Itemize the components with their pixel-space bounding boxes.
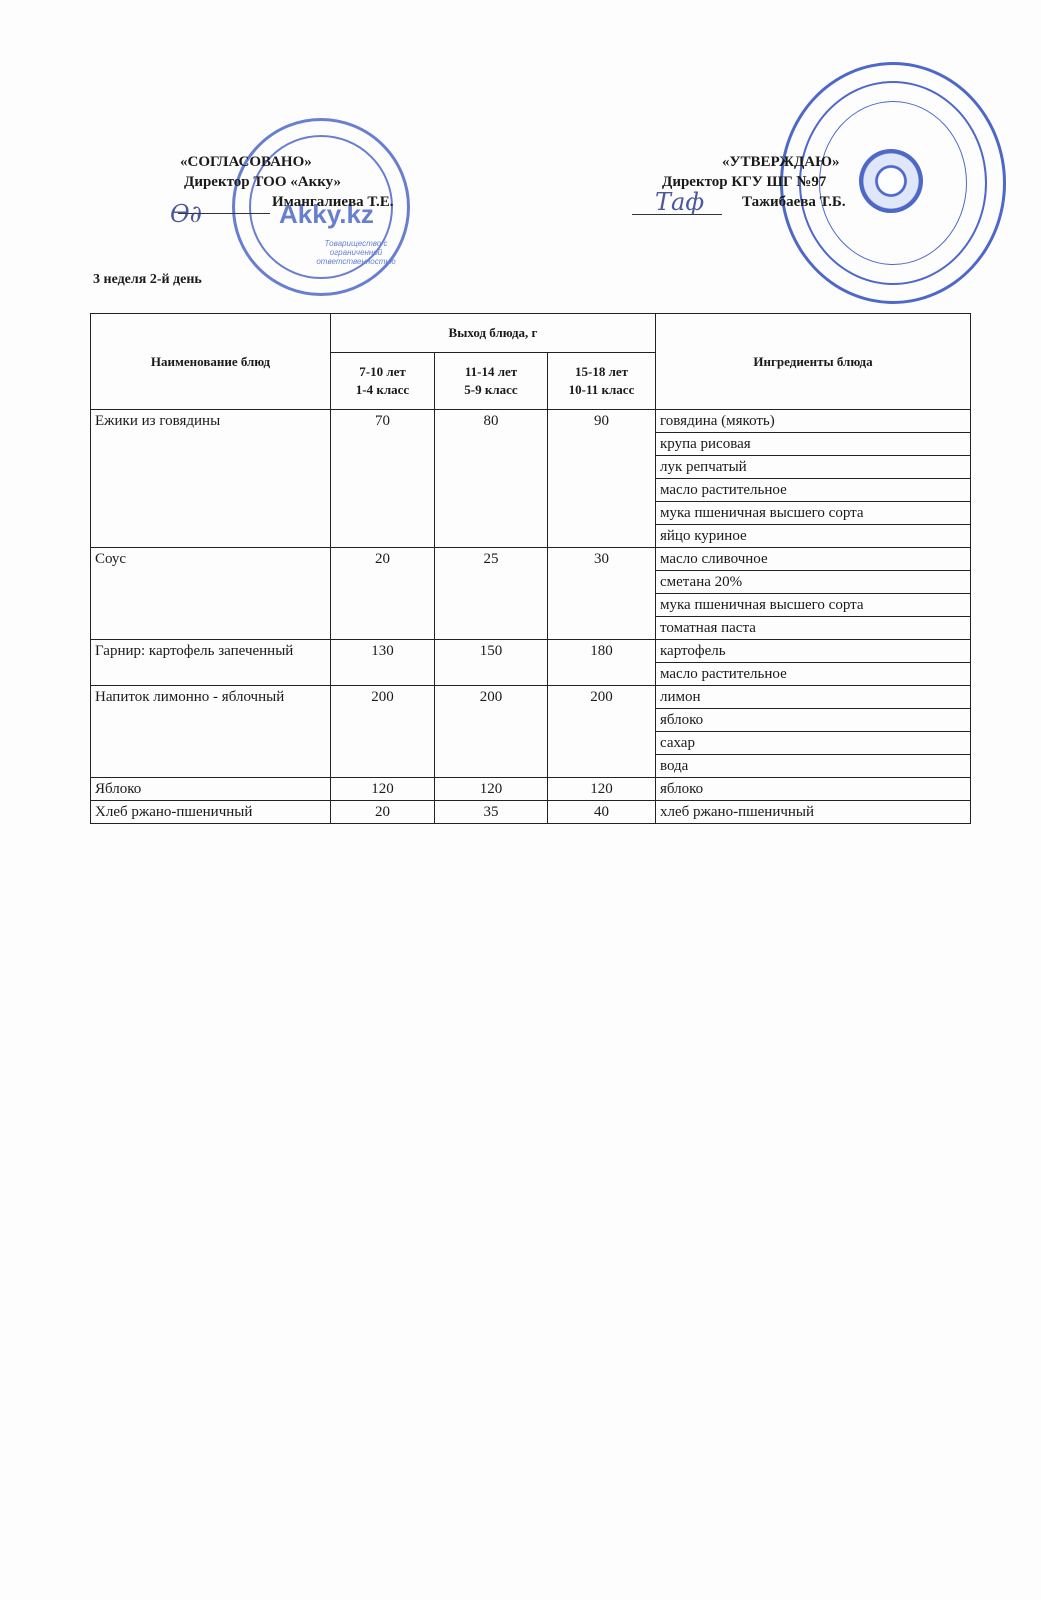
dish-yield: 150 <box>435 640 548 686</box>
dish-yield: 200 <box>331 686 435 778</box>
table-row: Ежики из говядины708090говядина (мякоть) <box>91 410 971 433</box>
dish-yield: 80 <box>435 410 548 548</box>
ingredient: масло растительное <box>656 479 971 502</box>
menu-table: Наименование блюд Выход блюда, г Ингреди… <box>90 313 971 824</box>
approved-signature: Таф <box>655 188 704 216</box>
dish-yield: 70 <box>331 410 435 548</box>
ingredient: сметана 20% <box>656 571 971 594</box>
ingredient: мука пшеничная высшего сорта <box>656 502 971 525</box>
agreed-signature: Ѳ∂ <box>170 200 202 228</box>
header-dish-name: Наименование блюд <box>91 314 331 410</box>
stamp-sub-text: Товарищество с ограниченной ответственно… <box>305 239 407 266</box>
dish-yield: 40 <box>548 801 656 824</box>
header-age-group: 15-18 лет10-11 класс <box>548 353 656 410</box>
ingredient: яйцо куриное <box>656 525 971 548</box>
table-row: Соус202530масло сливочное <box>91 548 971 571</box>
ingredient: масло сливочное <box>656 548 971 571</box>
ingredient: сахар <box>656 732 971 755</box>
agreed-block: «СОГЛАСОВАНО» Директор ТОО «Акку» Иманга… <box>180 152 393 212</box>
table-row: Яблоко120120120яблоко <box>91 778 971 801</box>
dish-name: Соус <box>91 548 331 640</box>
dish-name: Яблоко <box>91 778 331 801</box>
dish-yield: 30 <box>548 548 656 640</box>
ingredient: лук репчатый <box>656 456 971 479</box>
dish-yield: 120 <box>331 778 435 801</box>
ingredient: картофель <box>656 640 971 663</box>
agreed-name: Имангалиева Т.Е. <box>272 192 393 212</box>
dish-name: Хлеб ржано-пшеничный <box>91 801 331 824</box>
dish-yield: 180 <box>548 640 656 686</box>
ingredient: яблоко <box>656 778 971 801</box>
dish-yield: 120 <box>548 778 656 801</box>
dish-yield: 200 <box>435 686 548 778</box>
ingredient: вода <box>656 755 971 778</box>
header-age-group: 7-10 лет1-4 класс <box>331 353 435 410</box>
ingredient: хлеб ржано-пшеничный <box>656 801 971 824</box>
dish-yield: 130 <box>331 640 435 686</box>
approved-title: «УТВЕРЖДАЮ» <box>722 152 846 172</box>
day-label: 3 неделя 2-й день <box>93 272 202 288</box>
dish-yield: 25 <box>435 548 548 640</box>
ingredient: яблоко <box>656 709 971 732</box>
dish-yield: 200 <box>548 686 656 778</box>
approved-name: Тажибаева Т.Б. <box>742 192 846 212</box>
header-age-group: 11-14 лет5-9 класс <box>435 353 548 410</box>
ingredient: томатная паста <box>656 617 971 640</box>
ingredient: мука пшеничная высшего сорта <box>656 594 971 617</box>
dish-name: Ежики из говядины <box>91 410 331 548</box>
dish-name: Напиток лимонно - яблочный <box>91 686 331 778</box>
dish-yield: 90 <box>548 410 656 548</box>
dish-yield: 120 <box>435 778 548 801</box>
ingredient: масло растительное <box>656 663 971 686</box>
ingredient: лимон <box>656 686 971 709</box>
header-yield: Выход блюда, г <box>331 314 656 353</box>
agreed-title: «СОГЛАСОВАНО» <box>180 152 393 172</box>
table-row: Гарнир: картофель запеченный130150180кар… <box>91 640 971 663</box>
state-emblem-icon <box>859 149 923 213</box>
table-row: Напиток лимонно - яблочный200200200лимон <box>91 686 971 709</box>
header-ingredients: Ингредиенты блюда <box>656 314 971 410</box>
dish-yield: 20 <box>331 548 435 640</box>
ingredient: крупа рисовая <box>656 433 971 456</box>
agreed-position: Директор ТОО «Акку» <box>184 172 393 192</box>
dish-yield: 35 <box>435 801 548 824</box>
dish-yield: 20 <box>331 801 435 824</box>
dish-name: Гарнир: картофель запеченный <box>91 640 331 686</box>
table-row: Хлеб ржано-пшеничный203540хлеб ржано-пше… <box>91 801 971 824</box>
menu-table-body: Ежики из говядины708090говядина (мякоть)… <box>91 410 971 824</box>
ingredient: говядина (мякоть) <box>656 410 971 433</box>
